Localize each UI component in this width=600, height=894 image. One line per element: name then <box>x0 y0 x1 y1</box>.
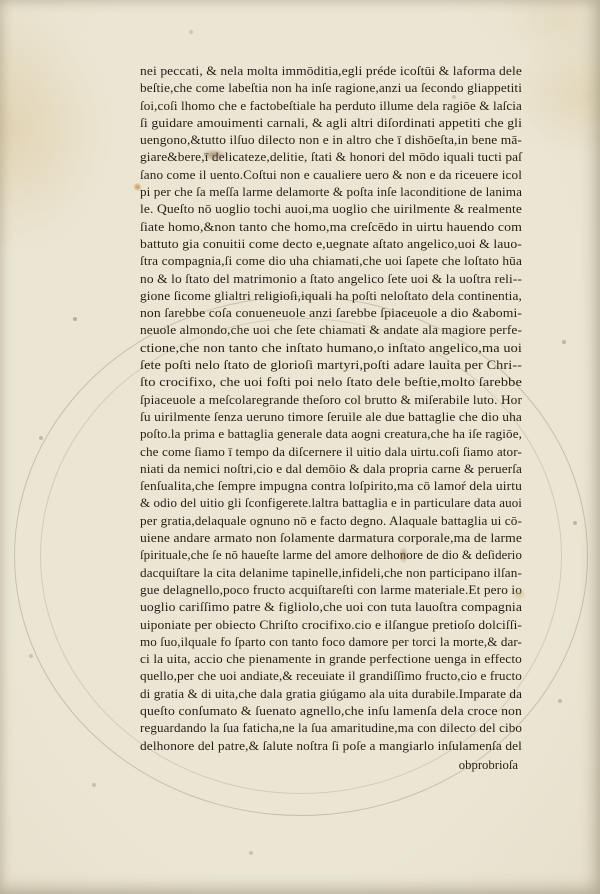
text-line: ctione,che non tanto che inſtato humano,… <box>140 340 522 357</box>
text-line: dacquiſtare la cita delanime tapinelle,i… <box>140 565 522 582</box>
text-line: per gratia,delaquale ognuno nō e facto d… <box>140 513 522 530</box>
book-page-scan: nei peccati, & nela molta immōditia,egli… <box>0 0 600 894</box>
text-line: ſpiaceuole a meſcolaregrande theſoro col… <box>140 392 522 409</box>
text-line: mo ſuo,ilquale fo ſparto con tanto foco … <box>140 634 522 651</box>
text-line: ſenſualita,che ſempre impugna contra loſ… <box>140 478 522 495</box>
text-line: & odio del uitio gli ſconfigerete.laltra… <box>140 495 522 512</box>
text-line: uiene andare armato non ſolamente darmat… <box>140 530 522 547</box>
text-line: delhonore del patre,& ſalute noſtra ſi p… <box>140 738 522 755</box>
text-line: non ſarebbe coſa conueneuole anzi ſarebb… <box>140 305 522 322</box>
text-line: ſano come il uento.Coſtui non e caualier… <box>140 167 522 184</box>
rust-spot <box>133 183 142 191</box>
text-line: ſu uirilmente ſenza ueruno timore ſeruil… <box>140 409 522 426</box>
text-line: ſtra compagnia,ſi come dio uha chiamati,… <box>140 253 522 270</box>
text-line: queſto conſumato & ſuenato agnello,che i… <box>140 703 522 720</box>
text-line: reguardando la ſua faticha,ne la ſua ama… <box>140 720 522 737</box>
text-line: le. Queſto nō uoglio tochi auoi,ma uogli… <box>140 201 522 218</box>
foxing-spot <box>512 588 526 600</box>
ink-smudge <box>201 149 227 161</box>
text-block: nei peccati, & nela molta immōditia,egli… <box>140 63 522 755</box>
text-line: beſtie,che come labeſtia non ha inſe rag… <box>140 80 522 97</box>
text-line: di gratia & di uita,che dala gratia giúg… <box>140 686 522 703</box>
text-line: gue delagnello,poco fructo acquiſtareſti… <box>140 582 522 599</box>
text-line: ſete poſti nelo ſtato de glorioſi martyr… <box>140 357 522 374</box>
text-line: gione ſicome glialtri religioſi,iquali h… <box>140 288 522 305</box>
text-line: giare&bere,ī delicateze,delitie, ſtati &… <box>140 149 522 166</box>
text-line: nei peccati, & nela molta immōditia,egli… <box>140 63 522 80</box>
text-line: ſto crocifixo, che uoi foſti poi nelo ſt… <box>140 374 522 391</box>
text-line: ſoi,coſi lhomo che e factobeſtiale ha pe… <box>140 98 522 115</box>
text-line: no & lo ſtato del matrimonio a ſtato ang… <box>140 271 522 288</box>
text-line: poſto.la prima e battaglia generale data… <box>140 426 522 443</box>
text-line: quello,per che uoi andiate,& receuiate i… <box>140 668 522 685</box>
text-line: ci la uita, accio che pienamente in gran… <box>140 651 522 668</box>
ink-smudge <box>399 547 408 563</box>
text-line: pi per che ſa meſſa larme delamorte & po… <box>140 184 522 201</box>
text-line: uoglio cariſſimo patre & figliolo,che uo… <box>140 599 522 616</box>
text-line: uengono,&tutto ilſuo dilecto non e in al… <box>140 132 522 149</box>
text-line: ſiate homo,&non tanto che homo,ma creſcē… <box>140 219 522 236</box>
text-line: uiponiate per obiecto Chriſto crocifixo.… <box>140 617 522 634</box>
text-line: neuole almondo,che uoi che ſete chiamati… <box>140 322 522 339</box>
text-line: ſi guidare amouimenti carnali, & agli al… <box>140 115 522 132</box>
text-line: che come ſiamo ī tempo da diſcernere il … <box>140 444 522 461</box>
catchword: obprobrioſa <box>140 757 522 774</box>
text-line: ſpirituale,che ſe nō haueſte larme del a… <box>140 547 522 564</box>
text-line: battuto gia conuitii come decto e,uegnat… <box>140 236 522 253</box>
text-line: niati da nemici noſtri,cio e dal demōio … <box>140 461 522 478</box>
paper-specks <box>0 0 2 2</box>
